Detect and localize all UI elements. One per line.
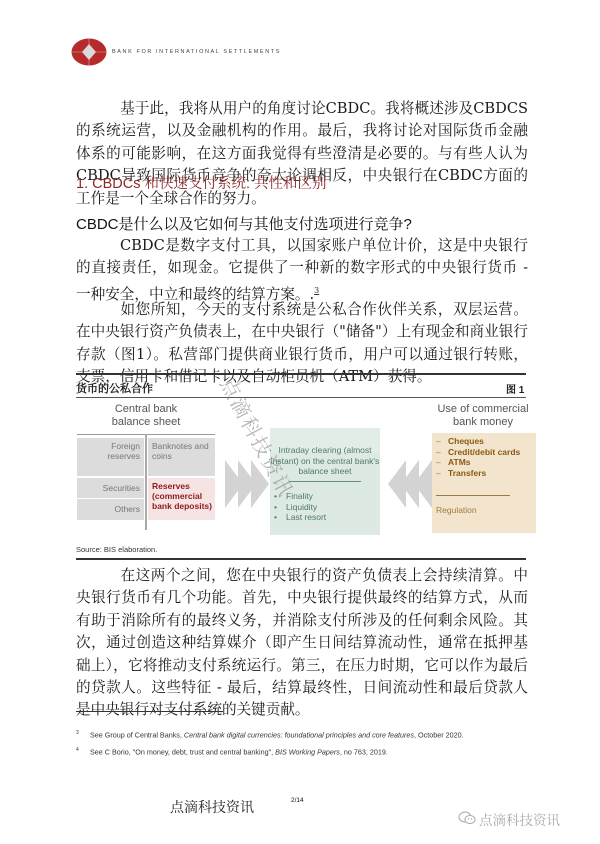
- intro-paragraph: 基于此，我将从用户的角度讨论CBDC。我将概述涉及CBDCS的系统运营，以及金融…: [76, 98, 528, 210]
- arrow-left-icon: [414, 460, 432, 508]
- commercial-item: Credit/debit cards: [436, 447, 520, 458]
- clearing-divider: [289, 481, 361, 482]
- figure-top-rule: [76, 373, 526, 375]
- commercial-item: Transfers: [436, 468, 520, 479]
- figure-number: 图 1: [506, 381, 524, 396]
- sub-question: CBDC是什么以及它如何与其他支付选项进行竞争?: [76, 213, 412, 234]
- paragraph-cbdc: CBDC是数字支付工具，以国家账户单位计价，这是中央银行的直接责任，如现金。它提…: [76, 235, 528, 306]
- wechat-icon: [458, 811, 476, 825]
- figure-bottom-rule: [76, 558, 526, 560]
- footnote-rule: [76, 711, 223, 712]
- commercial-item: ATMs: [436, 457, 520, 468]
- liability-banknotes: Banknotes and coins: [148, 438, 215, 476]
- paragraph-functions: 在这两个之间，您在中央银行的资产负债表上会持续清算。中央银行货币有几个功能。首先…: [76, 565, 528, 722]
- page-number: 2/14: [291, 797, 304, 804]
- commercial-divider: [436, 495, 510, 496]
- figure-title: 货币的公私合作: [76, 380, 153, 396]
- balance-sheet-divider: [145, 434, 147, 530]
- clearing-bullet: Last resort: [274, 512, 326, 523]
- bis-logo-icon: [71, 38, 107, 66]
- section-heading: 1. CBDCs 和快速支付系统: 共性和区别: [76, 172, 327, 193]
- wechat-account-name: 点滴科技资讯: [479, 809, 560, 829]
- asset-foreign-reserves: Foreign reserves: [77, 438, 144, 476]
- regulation-label: Regulation: [436, 505, 477, 515]
- clearing-bullet: Liquidity: [274, 502, 326, 513]
- footnote-ref-3[interactable]: 3: [314, 286, 319, 295]
- footnote-4: 4See C Borio, "On money, debt, trust and…: [76, 747, 536, 756]
- liability-reserves: Reserves (commercial bank deposits): [148, 478, 215, 520]
- commercial-money-items: Cheques Credit/debit cards ATMs Transfer…: [436, 436, 520, 478]
- asset-securities: Securities: [77, 478, 144, 498]
- footer-brand: 点滴科技资讯: [170, 797, 254, 817]
- central-bank-title: Central bank balance sheet: [96, 403, 196, 429]
- figure-title-rule: [76, 397, 526, 398]
- commercial-item: Cheques: [436, 436, 520, 447]
- paragraph-payments: 如您所知，今天的支付系统是公私合作伙伴关系，双层运营。在中央银行资产负债表上，在…: [76, 299, 528, 389]
- asset-others: Others: [77, 499, 144, 520]
- commercial-money-title: Use of commercial bank money: [430, 403, 536, 429]
- figure-source: Source: BIS elaboration.: [76, 545, 157, 554]
- org-name: BANK FOR INTERNATIONAL SETTLEMENTS: [112, 49, 281, 55]
- footnote-3: 3See Group of Central Banks, Central ban…: [76, 730, 536, 739]
